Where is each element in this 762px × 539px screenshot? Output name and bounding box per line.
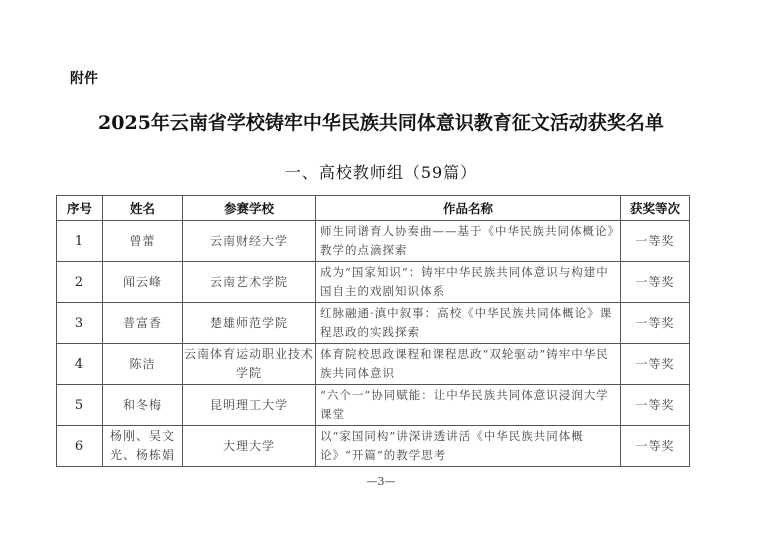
row-work: 体育院校思政课程和课程思政“双轮驱动”铸牢中华民族共同体意识 [316,344,621,385]
table-row: 2 闻云峰 云南艺术学院 成为“国家知识”：铸牢中华民族共同体意识与构建中国自主… [57,262,690,303]
header-work: 作品名称 [316,196,621,221]
row-award: 一等奖 [621,344,690,385]
table-row: 1 曾蕾 云南财经大学 师生同谱育人协奏曲——基于《中华民族共同体概论》教学的点… [57,221,690,262]
row-work: 以“家国同构”讲深讲透讲活《中华民族共同体概论》“开篇”的教学思考 [316,426,621,467]
document-title: 2025年云南省学校铸牢中华民族共同体意识教育征文活动获奖名单 [0,108,762,135]
row-work: 成为“国家知识”：铸牢中华民族共同体意识与构建中国自主的戏剧知识体系 [316,262,621,303]
row-award: 一等奖 [621,221,690,262]
header-award: 获奖等次 [621,196,690,221]
row-no: 2 [57,262,103,303]
section-title: 一、高校教师组（59篇） [0,160,762,183]
page-number: —3— [0,475,762,488]
row-name: 普富香 [103,303,183,344]
table-row: 4 陈洁 云南体育运动职业技术学院 体育院校思政课程和课程思政“双轮驱动”铸牢中… [57,344,690,385]
row-award: 一等奖 [621,426,690,467]
row-work: 师生同谱育人协奏曲——基于《中华民族共同体概论》教学的点滴探索 [316,221,621,262]
row-school: 楚雄师范学院 [183,303,316,344]
table-row: 6 杨刚、吴文光、杨栋娟 大理大学 以“家国同构”讲深讲透讲活《中华民族共同体概… [57,426,690,467]
row-name: 和冬梅 [103,385,183,426]
table-header-row: 序号 姓名 参赛学校 作品名称 获奖等次 [57,196,690,221]
row-award: 一等奖 [621,303,690,344]
table-row: 3 普富香 楚雄师范学院 红脉融通·滇中叙事：高校《中华民族共同体概论》课程思政… [57,303,690,344]
row-name: 陈洁 [103,344,183,385]
row-award: 一等奖 [621,385,690,426]
row-no: 6 [57,426,103,467]
attachment-label: 附件 [70,68,98,88]
row-name: 曾蕾 [103,221,183,262]
row-no: 5 [57,385,103,426]
row-school: 云南艺术学院 [183,262,316,303]
row-school: 昆明理工大学 [183,385,316,426]
row-no: 3 [57,303,103,344]
header-name: 姓名 [103,196,183,221]
row-no: 4 [57,344,103,385]
row-work: “六个一”协同赋能：让中华民族共同体意识浸润大学课堂 [316,385,621,426]
row-school: 云南财经大学 [183,221,316,262]
row-name: 闻云峰 [103,262,183,303]
row-award: 一等奖 [621,262,690,303]
row-work: 红脉融通·滇中叙事：高校《中华民族共同体概论》课程思政的实践探索 [316,303,621,344]
header-no: 序号 [57,196,103,221]
awards-table: 序号 姓名 参赛学校 作品名称 获奖等次 1 曾蕾 云南财经大学 师生同谱育人协… [56,195,690,467]
header-school: 参赛学校 [183,196,316,221]
row-name: 杨刚、吴文光、杨栋娟 [103,426,183,467]
table-row: 5 和冬梅 昆明理工大学 “六个一”协同赋能：让中华民族共同体意识浸润大学课堂 … [57,385,690,426]
row-school: 云南体育运动职业技术学院 [183,344,316,385]
row-no: 1 [57,221,103,262]
row-school: 大理大学 [183,426,316,467]
